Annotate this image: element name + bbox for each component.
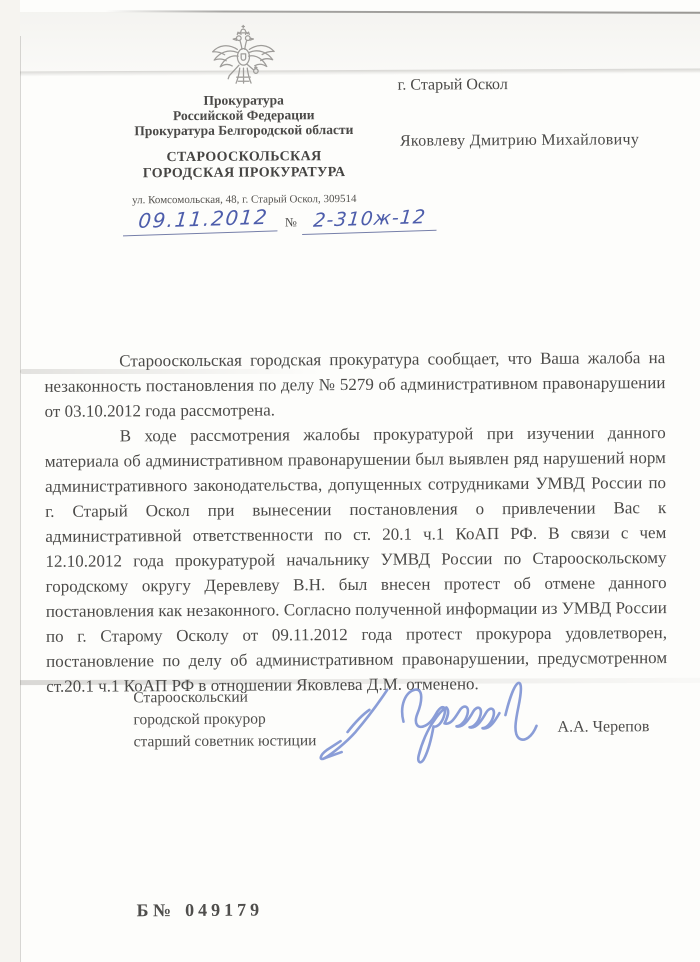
signer-position-line2: городской прокурор <box>133 708 316 731</box>
addressee-city: г. Старый Оскол <box>398 76 508 95</box>
handwritten-signature <box>301 667 552 784</box>
signer-position-line3: старший советник юстиции <box>134 730 317 753</box>
handwritten-outgoing-number: 2-310ж-12 <box>303 206 440 235</box>
signer-position-line1: Старооскольский <box>133 686 316 709</box>
org-name-line2: ГОРОДСКАЯ ПРОКУРАТУРА <box>116 164 372 181</box>
org-level-line3: Прокуратура Белгородской области <box>116 122 372 139</box>
body-paragraph-1: Старооскольская городская прокуратура со… <box>44 345 665 424</box>
number-sign: № <box>285 215 297 233</box>
form-series: Б № <box>137 900 172 920</box>
reference-line: 09.11.2012 № 2-310ж-12 <box>124 205 438 234</box>
signer-name: А.А. Черепов <box>557 718 649 737</box>
blank-form-number: Б №049179 <box>137 900 264 922</box>
letter-body: Старооскольская городская прокуратура со… <box>44 345 667 699</box>
form-number-digits: 049179 <box>185 900 263 920</box>
body-paragraph-2: В ходе рассмотрения жалобы прокуратурой … <box>45 420 668 699</box>
letterhead: Прокуратура Российской Федерации Прокура… <box>115 24 372 207</box>
coat-of-arms-eagle-icon <box>204 24 282 90</box>
org-level-line2: Российской Федерации <box>116 107 372 124</box>
signer-position: Старооскольский городской прокурор старш… <box>133 686 316 753</box>
addressee-name: Яковлеву Дмитрию Михайловичу <box>400 131 639 150</box>
org-name-line1: СТАРООСКОЛЬСКАЯ <box>116 149 372 166</box>
org-address: ул. Комсомольская, 48, г. Старый Оскол, … <box>116 193 372 207</box>
org-level-line1: Прокуратура <box>116 92 372 109</box>
handwritten-date: 09.11.2012 <box>123 204 279 236</box>
letter-content: Прокуратура Российской Федерации Прокура… <box>0 0 700 962</box>
